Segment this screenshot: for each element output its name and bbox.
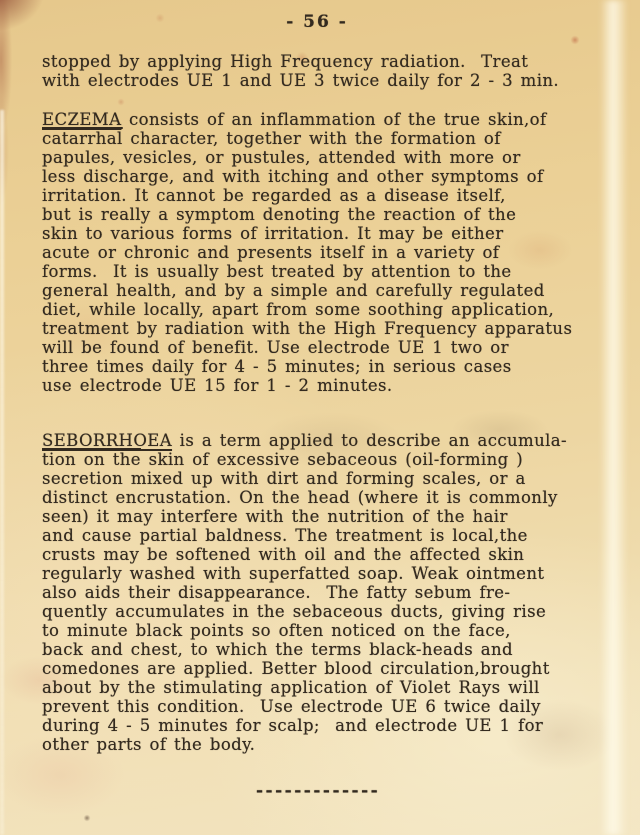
text-line: less discharge, and with itching and oth… <box>42 167 617 186</box>
emphasized-text: tion on the <box>42 450 141 469</box>
text-line: papules, vesicles, or pustules, attended… <box>42 148 617 167</box>
text-segment: skin of excessive sebaceous (oil-forming… <box>141 450 523 469</box>
text-line: distinct encrustation. On the head (wher… <box>42 488 617 507</box>
text-line: tion on the skin of excessive sebaceous … <box>42 450 617 469</box>
scanned-document-page: - 56 - stopped by applying High Frequenc… <box>0 0 640 835</box>
text-line: quently accumulates in the sebaceous duc… <box>42 602 617 621</box>
text-line: seen) it may interfere with the nutritio… <box>42 507 617 526</box>
paragraph-intro: stopped by applying High Frequency radia… <box>42 52 617 90</box>
text-line: comedones are applied. Better blood circ… <box>42 659 617 678</box>
text-segment: consists of an inflammation of the true … <box>121 110 546 129</box>
text-line: treatment by radiation with the High Fre… <box>42 319 617 338</box>
text-line: to minute black points so often noticed … <box>42 621 617 640</box>
emphasized-text: ECZEMA <box>42 110 121 129</box>
text-line: and cause partial baldness. The treatmen… <box>42 526 617 545</box>
text-line: back and chest, to which the terms black… <box>42 640 617 659</box>
text-line: will be found of benefit. Use electrode … <box>42 338 617 357</box>
page-number: - 56 - <box>0 12 634 32</box>
text-segment: is a term applied to describe an accumul… <box>172 431 567 450</box>
text-line: use electrode UE 15 for 1 - 2 minutes. <box>42 376 617 395</box>
text-line: ECZEMA consists of an inflammation of th… <box>42 110 617 129</box>
text-line: stopped by applying High Frequency radia… <box>42 52 617 71</box>
page-body: stopped by applying High Frequency radia… <box>42 52 617 774</box>
text-line: general health, and by a simple and care… <box>42 281 617 300</box>
text-line: acute or chronic and presents itself in … <box>42 243 617 262</box>
text-line: crusts may be softened with oil and the … <box>42 545 617 564</box>
paragraph-seborrhoea: SEBORRHOEA is a term applied to describe… <box>42 431 617 754</box>
text-line: during 4 - 5 minutes for scalp; and elec… <box>42 716 617 735</box>
paragraph-eczema: ECZEMA consists of an inflammation of th… <box>42 110 617 395</box>
text-line: with electrodes UE 1 and UE 3 twice dail… <box>42 71 617 90</box>
emphasized-text: SEBORRHOEA <box>42 431 172 450</box>
text-line: about by the stimulating application of … <box>42 678 617 697</box>
paper-edge-highlight <box>0 110 4 835</box>
text-line: diet, while locally, apart from some soo… <box>42 300 617 319</box>
text-line: but is really a symptom denoting the rea… <box>42 205 617 224</box>
text-line: also aids their disappearance. The fatty… <box>42 583 617 602</box>
text-line: regularly washed with superfatted soap. … <box>42 564 617 583</box>
text-line: prevent this condition. Use electrode UE… <box>42 697 617 716</box>
text-line: irritation. It cannot be regarded as a d… <box>42 186 617 205</box>
text-line: catarrhal character, together with the f… <box>42 129 617 148</box>
emphasized-text: catarrhal <box>42 129 123 148</box>
text-line: forms. It is usually best treated by att… <box>42 262 617 281</box>
text-line: SEBORRHOEA is a term applied to describe… <box>42 431 617 450</box>
text-line: skin to various forms of irritation. It … <box>42 224 617 243</box>
text-line: other parts of the body. <box>42 735 617 754</box>
text-segment: character, together with the formation o… <box>123 129 501 148</box>
text-line: secretion mixed up with dirt and forming… <box>42 469 617 488</box>
text-line: three times daily for 4 - 5 minutes; in … <box>42 357 617 376</box>
end-of-section-separator: ------------- <box>256 781 380 801</box>
